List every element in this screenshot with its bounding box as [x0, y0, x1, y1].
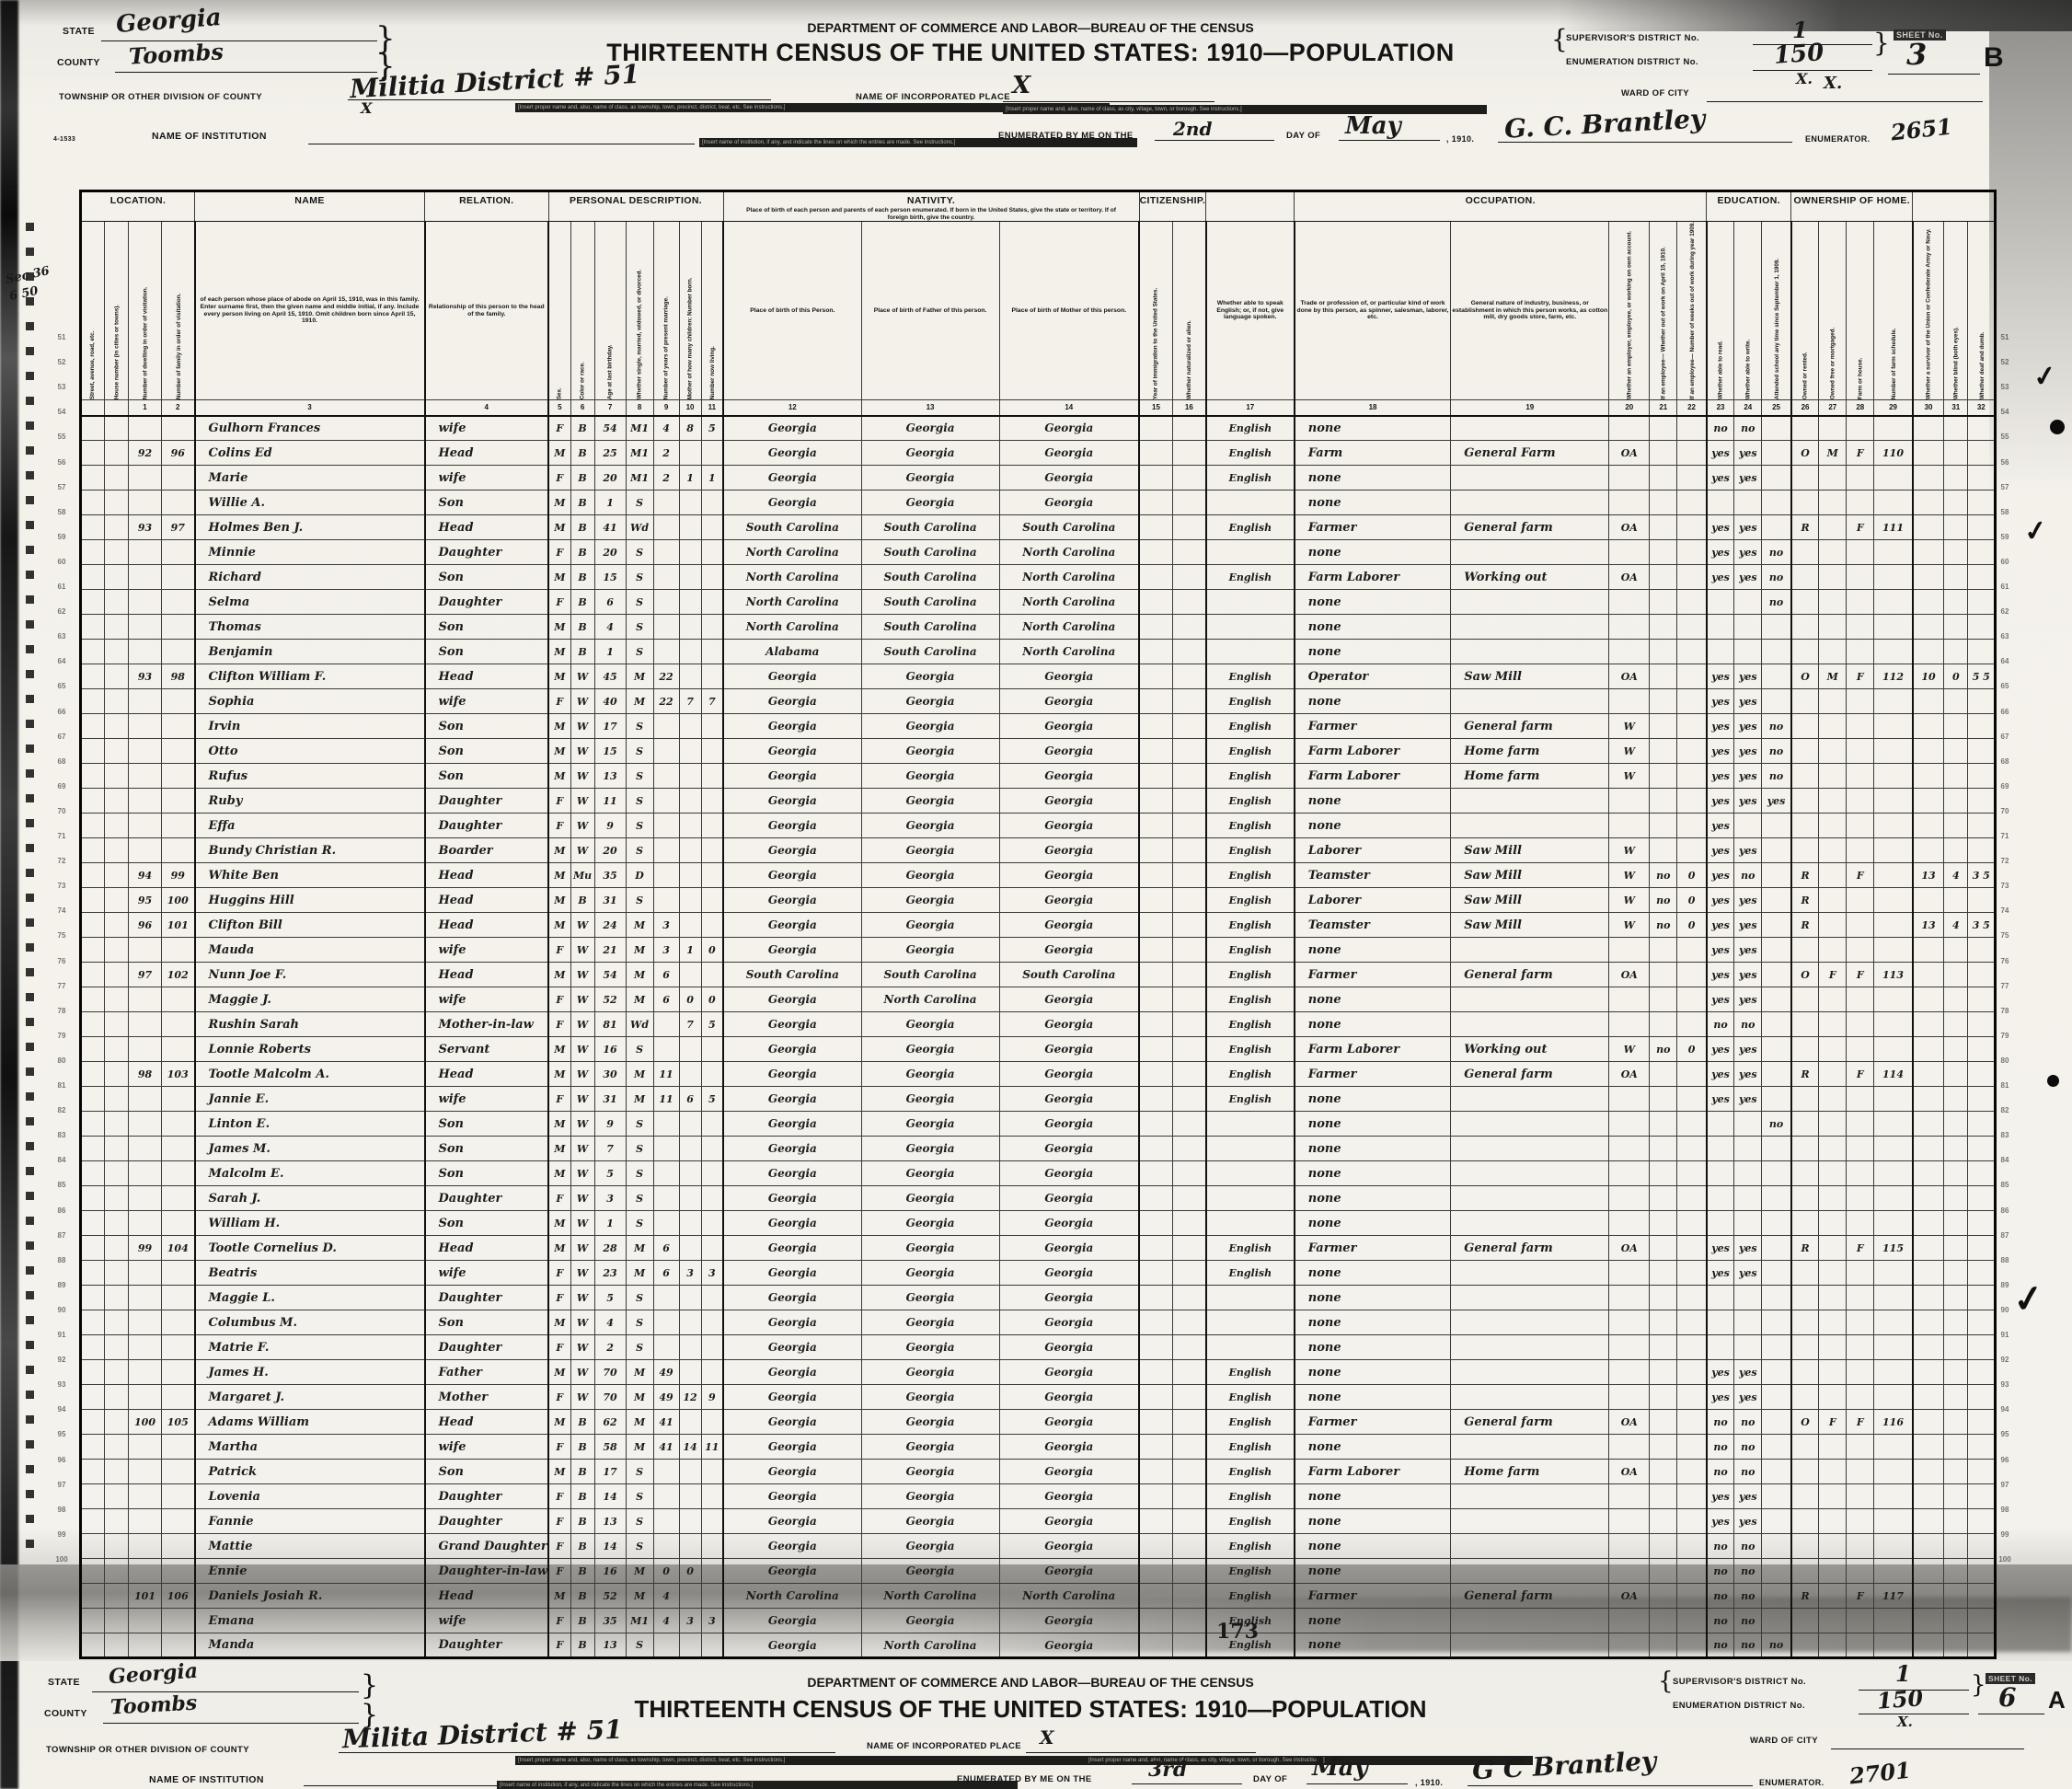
cell-write: yes [1734, 540, 1762, 565]
cell-race: B [570, 1509, 594, 1534]
cell-occ: Farm Laborer [1295, 565, 1451, 590]
cell-read: yes [1707, 1509, 1734, 1534]
column-number: 23 [1707, 400, 1734, 416]
cell-street [81, 739, 105, 764]
cell-sex: F [548, 1087, 570, 1112]
cell-imm [1139, 1012, 1172, 1037]
cell-race: W [570, 814, 594, 838]
cell-age: 14 [594, 1484, 626, 1509]
cell-ym [653, 838, 679, 863]
cell-blind [1944, 1137, 1968, 1161]
cell-house [105, 1236, 129, 1261]
cell-deaf [1968, 1186, 1996, 1211]
column-number: 7 [594, 400, 626, 416]
cell-dw: 99 [129, 1236, 162, 1261]
cell-cb [679, 1360, 701, 1385]
cell-eng: English [1206, 1584, 1295, 1609]
cell-write: yes [1734, 789, 1762, 814]
cell-race: B [570, 491, 594, 515]
cell-read: no [1707, 1559, 1734, 1584]
cell-blind [1944, 987, 1968, 1012]
check-mark: ✓ [2032, 359, 2059, 394]
cell-fh [1847, 739, 1874, 764]
cell-house [105, 863, 129, 888]
cell-fam [162, 1509, 195, 1534]
cell-emp [1609, 814, 1650, 838]
cell-occ: none [1295, 1211, 1451, 1236]
cell-dw [129, 1484, 162, 1509]
p2-institution-label: NAME OF INSTITUTION [149, 1774, 264, 1785]
group-header: RELATION. [425, 191, 549, 222]
table-row: William H.SonMW1SGeorgiaGeorgiaGeorgiano… [81, 1211, 1996, 1236]
cell-emp [1609, 1012, 1650, 1037]
table-row: Bundy Christian R.BoarderMW20SGeorgiaGeo… [81, 838, 1996, 863]
cell-fh [1847, 491, 1874, 515]
cell-rel: wife [425, 938, 549, 963]
cell-rel: Son [425, 714, 549, 739]
cell-dw: 98 [129, 1062, 162, 1087]
cell-sched: 112 [1874, 664, 1913, 689]
cell-sched [1874, 466, 1913, 491]
cell-surv [1913, 1137, 1944, 1161]
cell-read: yes [1707, 441, 1734, 466]
cell-race: W [570, 764, 594, 789]
cell-fh [1847, 1385, 1874, 1410]
cell-ind [1451, 1633, 1609, 1658]
cell-ym [653, 1037, 679, 1062]
p2-institution-instruction-note: [Insert name of institution, if any, and… [497, 1781, 1018, 1789]
table-row: MinnieDaughterFB20SNorth CarolinaSouth C… [81, 540, 1996, 565]
cell-read: no [1707, 1584, 1734, 1609]
cell-race: W [570, 1186, 594, 1211]
cell-dw [129, 789, 162, 814]
cell-read: no [1707, 1012, 1734, 1037]
cell-nat [1172, 1310, 1205, 1335]
cell-blind [1944, 590, 1968, 615]
cell-blind [1944, 1609, 1968, 1633]
table-row: EnnieDaughter-in-lawFB16M00GeorgiaGeorgi… [81, 1559, 1996, 1584]
cell-race: W [570, 1012, 594, 1037]
cell-mar: M [626, 1584, 653, 1609]
cell-house [105, 838, 129, 863]
cell-eng [1206, 640, 1295, 664]
cell-house [105, 1211, 129, 1236]
line-number: 55 [1995, 433, 2015, 441]
group-header [1913, 191, 1996, 222]
cell-write: yes [1734, 1509, 1762, 1534]
cell-imm [1139, 491, 1172, 515]
cell-age: 9 [594, 1112, 626, 1137]
cell-school [1762, 1211, 1791, 1236]
cell-sched [1874, 987, 1913, 1012]
line-number: 90 [1995, 1306, 2015, 1314]
cell-street [81, 863, 105, 888]
cell-cl [701, 1360, 723, 1385]
cell-write: yes [1734, 1037, 1762, 1062]
cell-house [105, 1435, 129, 1460]
cell-fam [162, 1385, 195, 1410]
cell-occ: none [1295, 1137, 1451, 1161]
cell-ym [653, 1534, 679, 1559]
group-header: CITIZENSHIP. [1139, 191, 1206, 222]
cell-ind [1451, 1137, 1609, 1161]
cell-mar: D [626, 863, 653, 888]
cell-age: 35 [594, 863, 626, 888]
enumeration-district-x: X. [1796, 70, 1813, 87]
cell-surv [1913, 540, 1944, 565]
cell-pobm: Georgia [999, 1509, 1139, 1534]
cell-school [1762, 615, 1791, 640]
cell-fh [1847, 640, 1874, 664]
cell-emp: OA [1609, 1460, 1650, 1484]
cell-write: yes [1734, 441, 1762, 466]
cell-blind [1944, 515, 1968, 540]
cell-occ: Farmer [1295, 714, 1451, 739]
cell-write: yes [1734, 664, 1762, 689]
cell-ym [653, 714, 679, 739]
cell-mar: S [626, 640, 653, 664]
cell-blind [1944, 1161, 1968, 1186]
cell-race: B [570, 515, 594, 540]
cell-pob: Georgia [723, 1435, 861, 1460]
cell-fh: F [1847, 515, 1874, 540]
cell-fh: F [1847, 664, 1874, 689]
cell-school: no [1762, 1633, 1791, 1658]
cell-street [81, 1609, 105, 1633]
cell-home: R [1791, 515, 1819, 540]
sheet-number: 3 [1906, 37, 1927, 72]
cell-emp [1609, 491, 1650, 515]
cell-ind [1451, 1385, 1609, 1410]
cell-fh: F [1847, 863, 1874, 888]
cell-cb [679, 1410, 701, 1435]
cell-deaf: 3 5 [1968, 913, 1996, 938]
cell-pob: Georgia [723, 1062, 861, 1087]
cell-pobm: Georgia [999, 764, 1139, 789]
line-number: 51 [52, 333, 72, 341]
table-row: RufusSonMW13SGeorgiaGeorgiaGeorgiaEnglis… [81, 764, 1996, 789]
cell-imm [1139, 1609, 1172, 1633]
cell-dw [129, 1161, 162, 1186]
cell-occ: none [1295, 1261, 1451, 1286]
cell-imm [1139, 590, 1172, 615]
cell-write [1734, 814, 1762, 838]
cell-wks [1677, 714, 1707, 739]
cell-home: O [1791, 963, 1819, 987]
cell-ind [1451, 987, 1609, 1012]
column-header-ind: General nature of industry, business, or… [1451, 222, 1609, 400]
cell-street [81, 1310, 105, 1335]
cell-dw: 92 [129, 441, 162, 466]
cell-read: yes [1707, 1236, 1734, 1261]
column-number: 14 [999, 400, 1139, 416]
line-number: 87 [52, 1231, 72, 1240]
cell-cl [701, 565, 723, 590]
cell-race: W [570, 1335, 594, 1360]
cell-pobf: South Carolina [861, 963, 999, 987]
cell-occ: Farmer [1295, 1584, 1451, 1609]
cell-deaf [1968, 963, 1996, 987]
cell-ow [1650, 1360, 1677, 1385]
cell-name: James H. [195, 1360, 425, 1385]
cell-race: B [570, 590, 594, 615]
cell-house [105, 913, 129, 938]
cell-eng: English [1206, 1435, 1295, 1460]
cell-wks [1677, 441, 1707, 466]
column-header-mort: Owned free or mortgaged. [1819, 222, 1847, 400]
line-number: 57 [52, 483, 72, 491]
cell-race: W [570, 1385, 594, 1410]
cell-pobm: Georgia [999, 1534, 1139, 1559]
cell-pobm: Georgia [999, 1112, 1139, 1137]
p2-year-label: , 1910. [1415, 1778, 1443, 1787]
cell-pobf: Georgia [861, 1385, 999, 1410]
cell-name: James M. [195, 1137, 425, 1161]
cell-cl [701, 1161, 723, 1186]
cell-nat [1172, 838, 1205, 863]
cell-imm [1139, 1484, 1172, 1509]
cell-ow [1650, 615, 1677, 640]
cell-imm [1139, 1559, 1172, 1584]
column-number: 31 [1944, 400, 1968, 416]
line-number: 72 [1995, 857, 2015, 865]
cell-ym: 6 [653, 1236, 679, 1261]
cell-pobm: Georgia [999, 714, 1139, 739]
cell-ym: 6 [653, 987, 679, 1012]
cell-dw [129, 1012, 162, 1037]
cell-ow [1650, 640, 1677, 664]
cell-ym [653, 1633, 679, 1658]
cell-cl [701, 814, 723, 838]
cell-sex: F [548, 987, 570, 1012]
cell-imm [1139, 1137, 1172, 1161]
cell-house [105, 664, 129, 689]
line-number: 97 [52, 1481, 72, 1489]
cell-school [1762, 938, 1791, 963]
cell-cl [701, 664, 723, 689]
cell-read [1707, 1186, 1734, 1211]
cell-surv [1913, 1584, 1944, 1609]
cell-street [81, 764, 105, 789]
cell-nat [1172, 1062, 1205, 1087]
line-number: 85 [52, 1181, 72, 1189]
cell-sched [1874, 1385, 1913, 1410]
cell-sched [1874, 689, 1913, 714]
cell-mar: S [626, 789, 653, 814]
cell-ind [1451, 1559, 1609, 1584]
cell-street [81, 838, 105, 863]
cell-name: Otto [195, 739, 425, 764]
cell-cl [701, 1633, 723, 1658]
cell-sched [1874, 640, 1913, 664]
cell-mort [1819, 938, 1847, 963]
cell-nat [1172, 863, 1205, 888]
sheet-letter: B [1984, 42, 2004, 74]
cell-occ: none [1295, 1186, 1451, 1211]
cell-emp: OA [1609, 1410, 1650, 1435]
cell-mar: M1 [626, 416, 653, 441]
cell-house [105, 615, 129, 640]
cell-ym [653, 1310, 679, 1335]
cell-pobm: Georgia [999, 1137, 1139, 1161]
cell-eng: English [1206, 1509, 1295, 1534]
cell-home [1791, 1310, 1819, 1335]
cell-home [1791, 689, 1819, 714]
cell-deaf [1968, 466, 1996, 491]
cell-ym: 22 [653, 664, 679, 689]
cell-eng: English [1206, 1037, 1295, 1062]
cell-fam [162, 689, 195, 714]
cell-home [1791, 1460, 1819, 1484]
cell-ym: 4 [653, 1584, 679, 1609]
cell-write [1734, 640, 1762, 664]
cell-surv [1913, 1509, 1944, 1534]
table-row: Columbus M.SonMW4SGeorgiaGeorgiaGeorgian… [81, 1310, 1996, 1335]
cell-sex: M [548, 714, 570, 739]
cell-mar: M [626, 1385, 653, 1410]
cell-pobf: Georgia [861, 1236, 999, 1261]
cell-occ: none [1295, 689, 1451, 714]
cell-blind [1944, 838, 1968, 863]
group-header: EDUCATION. [1707, 191, 1791, 222]
cell-cl [701, 1509, 723, 1534]
cell-wks [1677, 1062, 1707, 1087]
cell-deaf [1968, 814, 1996, 838]
cell-pobf: Georgia [861, 913, 999, 938]
cell-fh [1847, 1633, 1874, 1658]
cell-pobf: Georgia [861, 714, 999, 739]
cell-rel: Servant [425, 1037, 549, 1062]
cell-sex: M [548, 1360, 570, 1385]
cell-sched [1874, 1211, 1913, 1236]
cell-eng [1206, 1137, 1295, 1161]
cell-ow [1650, 963, 1677, 987]
cell-pobf: Georgia [861, 1484, 999, 1509]
cell-emp: OA [1609, 1236, 1650, 1261]
cell-mar: M [626, 963, 653, 987]
cell-emp: W [1609, 714, 1650, 739]
cell-read [1707, 491, 1734, 515]
cell-ym [653, 863, 679, 888]
column-number: 3 [195, 400, 425, 416]
cell-ym [653, 640, 679, 664]
cell-fam: 106 [162, 1584, 195, 1609]
cell-surv [1913, 764, 1944, 789]
cell-emp [1609, 987, 1650, 1012]
cell-race: W [570, 1211, 594, 1236]
cell-name: Rushin Sarah [195, 1012, 425, 1037]
cell-age: 1 [594, 1211, 626, 1236]
cell-fam [162, 1435, 195, 1460]
cell-ym [653, 615, 679, 640]
p2-department-line: DEPARTMENT OF COMMERCE AND LABOR—BUREAU … [497, 1675, 1564, 1690]
cell-read: yes [1707, 565, 1734, 590]
cell-dw [129, 1534, 162, 1559]
cell-nat [1172, 1161, 1205, 1186]
cell-fam: 99 [162, 863, 195, 888]
cell-age: 17 [594, 1460, 626, 1484]
cell-mort [1819, 1534, 1847, 1559]
cell-blind [1944, 1484, 1968, 1509]
cell-write: no [1734, 1410, 1762, 1435]
cell-read: yes [1707, 540, 1734, 565]
cell-occ: Farmer [1295, 1410, 1451, 1435]
p2-state-value: Georgia [108, 1659, 199, 1690]
cell-rel: Son [425, 565, 549, 590]
cell-age: 5 [594, 1161, 626, 1186]
cell-blind [1944, 1261, 1968, 1286]
line-number: 82 [1995, 1106, 2015, 1114]
cell-rel: Head [425, 863, 549, 888]
cell-home [1791, 1037, 1819, 1062]
cell-mar: S [626, 714, 653, 739]
cell-cb [679, 913, 701, 938]
cell-dw [129, 540, 162, 565]
cell-home [1791, 1161, 1819, 1186]
cell-pobm: Georgia [999, 1559, 1139, 1584]
cell-pobm: Georgia [999, 838, 1139, 863]
cell-street [81, 1261, 105, 1286]
cell-write: yes [1734, 838, 1762, 863]
p2-supervisor-district-label: SUPERVISOR'S DISTRICT No. [1673, 1677, 1806, 1687]
line-number: 80 [52, 1056, 72, 1065]
cell-ow [1650, 1410, 1677, 1435]
cell-blind [1944, 1410, 1968, 1435]
cell-street [81, 1062, 105, 1087]
cell-mort [1819, 1385, 1847, 1410]
cell-wks [1677, 987, 1707, 1012]
cell-home [1791, 1633, 1819, 1658]
cell-fh [1847, 416, 1874, 441]
cell-home [1791, 540, 1819, 565]
cell-surv [1913, 1236, 1944, 1261]
cell-rel: Mother-in-law [425, 1012, 549, 1037]
table-row: PatrickSonMB17SGeorgiaGeorgiaGeorgiaEngl… [81, 1460, 1996, 1484]
column-header-deaf: Whether deaf and dumb. [1968, 222, 1996, 400]
cell-imm [1139, 814, 1172, 838]
cell-pobm: Georgia [999, 1211, 1139, 1236]
cell-cb: 0 [679, 987, 701, 1012]
cell-eng: English [1206, 1236, 1295, 1261]
cell-ind: General farm [1451, 1062, 1609, 1087]
cell-wks [1677, 814, 1707, 838]
cell-ind: Working out [1451, 1037, 1609, 1062]
cell-name: Bundy Christian R. [195, 838, 425, 863]
cell-deaf [1968, 714, 1996, 739]
cell-ow [1650, 739, 1677, 764]
cell-house [105, 1609, 129, 1633]
column-number: 29 [1874, 400, 1913, 416]
cell-occ: Teamster [1295, 913, 1451, 938]
line-number: 65 [52, 682, 72, 690]
cell-sched [1874, 789, 1913, 814]
cell-occ: none [1295, 590, 1451, 615]
cell-read: yes [1707, 739, 1734, 764]
cell-home [1791, 1559, 1819, 1584]
cell-rel: Grand Daughter [425, 1534, 549, 1559]
cell-school [1762, 1186, 1791, 1211]
cell-fh [1847, 1559, 1874, 1584]
cell-wks [1677, 1385, 1707, 1410]
cell-ym: 0 [653, 1559, 679, 1584]
cell-fh: F [1847, 1410, 1874, 1435]
cell-eng: English [1206, 441, 1295, 466]
cell-eng: English [1206, 1385, 1295, 1410]
p2-ward-of-city-label: WARD OF CITY [1750, 1736, 1818, 1746]
p2-enumeration-month: May [1312, 1754, 1368, 1782]
cell-ym [653, 1112, 679, 1137]
cell-imm [1139, 1435, 1172, 1460]
